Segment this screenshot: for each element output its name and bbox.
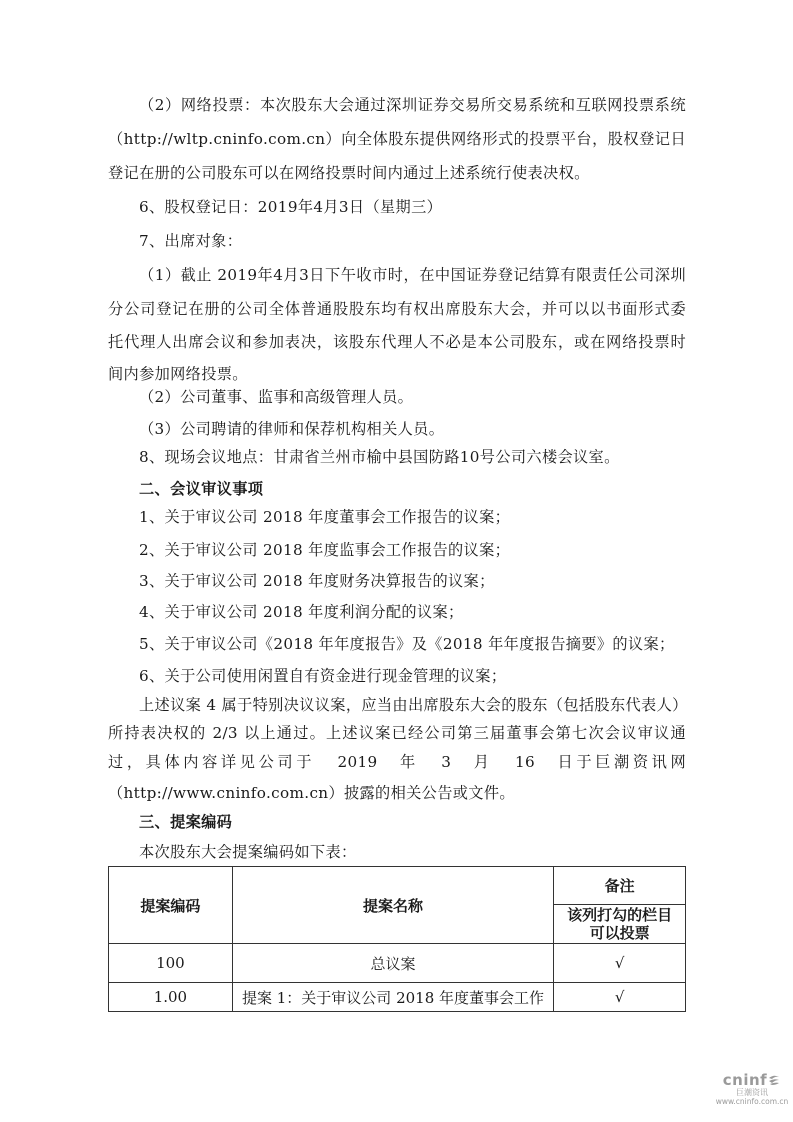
record-date: 6、股权登记日：2019年4月3日（星期三） xyxy=(139,197,442,217)
attendees-1-line-3: 托代理人出席会议和参加表决，该股东代理人不必是本公司股东，或在网络投票时 xyxy=(108,332,686,352)
attendees-3: （3）公司聘请的律师和保荐机构相关人员。 xyxy=(139,419,444,439)
section-2-heading: 二、会议审议事项 xyxy=(139,479,263,499)
note-line-1: 上述议案 4 属于特别决议议案，应当由出席股东大会的股东（包括股东代表人） xyxy=(139,695,686,715)
agenda-item-4: 4、关于审议公司 2018 年度利润分配的议案； xyxy=(139,602,464,622)
row-code: 1.00 xyxy=(109,983,233,1012)
header-proposal-code: 提案编码 xyxy=(109,867,233,944)
network-vote-line-3: 登记在册的公司股东可以在网络投票时间内通过上述系统行使表决权。 xyxy=(108,163,590,183)
cninfo-watermark: cninf 巨潮资讯 www.cninfo.com.cn xyxy=(712,1072,792,1106)
agenda-item-6: 6、关于公司使用闲置自有资金进行现金管理的议案； xyxy=(139,666,506,686)
note-line-2: 所持表决权的 2/3 以上通过。上述议案已经公司第三届董事会第七次会议审议通 xyxy=(108,723,686,743)
row-check: √ xyxy=(554,983,686,1012)
network-vote-line-2: （http://wltp.cninfo.com.cn）向全体股东提供网络形式的投… xyxy=(108,129,686,149)
header-remark-sub-line-2: 可以投票 xyxy=(554,924,685,942)
note-line-4: （http://www.cninfo.com.cn）披露的相关公告或文件。 xyxy=(108,783,515,803)
agenda-item-1: 1、关于审议公司 2018 年度董事会工作报告的议案； xyxy=(139,507,510,527)
attendees-1-line-2: 分公司登记在册的公司全体普通股股东均有权出席股东大会，并可以以书面形式委 xyxy=(108,299,686,319)
agenda-item-5: 5、关于审议公司《2018 年年度报告》及《2018 年年度报告摘要》的议案； xyxy=(139,634,675,654)
document-page: （2）网络投票：本次股东大会通过深圳证券交易所交易系统和互联网投票系统 （htt… xyxy=(0,0,793,1122)
section-3-heading: 三、提案编码 xyxy=(139,812,232,832)
row-name: 提案 1：关于审议公司 2018 年度董事会工作 xyxy=(232,983,553,1012)
table-row: 1.00 提案 1：关于审议公司 2018 年度董事会工作 √ xyxy=(109,983,686,1012)
header-remark-sub-line-1: 该列打勾的栏目 xyxy=(554,906,685,924)
venue: 8、现场会议地点：甘肃省兰州市榆中县国防路10号公司六楼会议室。 xyxy=(139,447,620,467)
table-row: 100 总议案 √ xyxy=(109,944,686,983)
cninfo-url: www.cninfo.com.cn xyxy=(712,1097,792,1106)
cninfo-brand: cninf xyxy=(712,1072,792,1088)
header-remark-sub: 该列打勾的栏目 可以投票 xyxy=(554,905,686,944)
cninfo-brand-text: cninf xyxy=(723,1071,767,1089)
network-vote-line-1: （2）网络投票：本次股东大会通过深圳证券交易所交易系统和互联网投票系统 xyxy=(139,95,686,115)
row-code: 100 xyxy=(109,944,233,983)
row-name: 总议案 xyxy=(232,944,553,983)
note-line-3: 过，具体内容详见公司于 2019 年 3 月 16 日于巨潮资讯网 xyxy=(108,752,686,772)
cninfo-swirl-icon xyxy=(767,1074,781,1086)
header-proposal-name: 提案名称 xyxy=(232,867,553,944)
agenda-item-3: 3、关于审议公司 2018 年度财务决算报告的议案； xyxy=(139,571,495,591)
attendees-1-line-1: （1）截止 2019年4月3日下午收市时，在中国证券登记结算有限责任公司深圳 xyxy=(139,265,686,285)
attendees-title: 7、出席对象： xyxy=(139,231,242,251)
proposal-code-table: 提案编码 提案名称 备注 该列打勾的栏目 可以投票 100 总议案 √ 1.00… xyxy=(108,866,686,1012)
attendees-1-line-4: 间内参加网络投票。 xyxy=(108,364,248,384)
row-check: √ xyxy=(554,944,686,983)
cninfo-brand-cn: 巨潮资讯 xyxy=(712,1088,792,1097)
section-3-intro: 本次股东大会提案编码如下表： xyxy=(139,842,357,862)
agenda-item-2: 2、关于审议公司 2018 年度监事会工作报告的议案； xyxy=(139,540,510,560)
attendees-2: （2）公司董事、监事和高级管理人员。 xyxy=(139,387,413,407)
header-remark: 备注 xyxy=(554,867,686,905)
